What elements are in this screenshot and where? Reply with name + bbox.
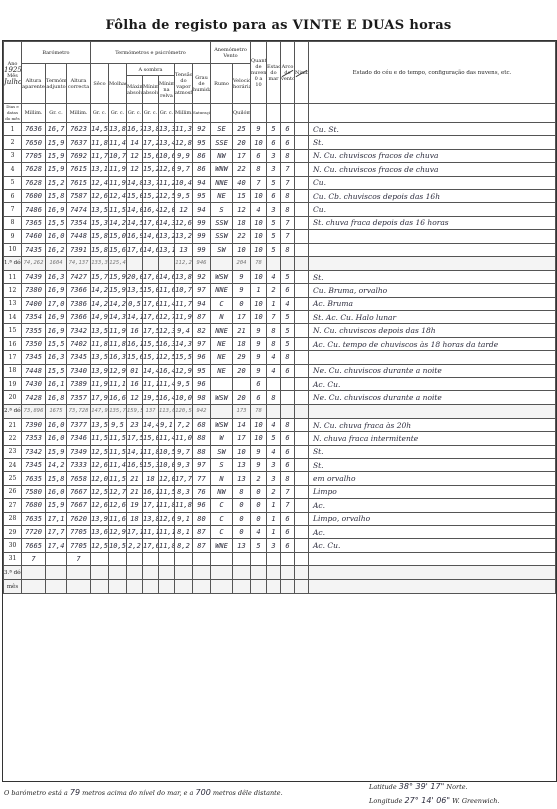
tens-cell: 10,4 [175, 176, 193, 189]
min-cell: 15,5 [143, 337, 159, 350]
mar-cell: 4 [267, 351, 281, 364]
alt-cell: 7628 [22, 163, 46, 176]
corr-cell: 7587 [67, 189, 91, 202]
table-row: 14735416,9736614,914,314,117,612,711,987… [4, 311, 556, 324]
ta-cell: 15,9 [46, 163, 67, 176]
min-cell: 13,8 [143, 512, 159, 525]
mol-cell: 12,9 [109, 525, 127, 538]
vel-cell: 8 [233, 485, 251, 498]
corr-cell [67, 566, 91, 580]
ta-cell: 15,9 [46, 136, 67, 149]
alt-cell: 7345 [22, 458, 46, 471]
relva-cell: 13,3 [159, 123, 175, 136]
corr-cell: 7391 [67, 243, 91, 256]
hum-cell: 95 [193, 189, 211, 202]
extra-cell [295, 552, 309, 565]
max-cell [127, 580, 143, 594]
rumo-cell: C [211, 499, 233, 512]
mar-cell [267, 378, 281, 391]
neb-cell: 4 [251, 203, 267, 216]
table-row: 17734516,3734513,516,315,615,112,515,596… [4, 351, 556, 364]
mar-cell: 2 [267, 485, 281, 498]
extra-cell [295, 136, 309, 149]
tens-cell: 120,5 [175, 404, 193, 418]
barometer-header: Barómetro [22, 42, 91, 64]
neb-cell: 9 [251, 123, 267, 136]
mar-cell: 8 [267, 324, 281, 337]
register-table: Ano 1925 Mês Julho Barómetro Termómetros… [3, 41, 556, 594]
relva-cell: 12,7 [159, 311, 175, 324]
day-cell: 4 [4, 163, 22, 176]
sky-state-cell: St. [309, 270, 556, 283]
ta-cell: 16,3 [46, 270, 67, 283]
extra-cell [295, 539, 309, 552]
max-cell: 14,8 [127, 176, 143, 189]
tens-cell: 12 [175, 203, 193, 216]
day-cell: 30 [4, 539, 22, 552]
extra-cell [295, 297, 309, 310]
sky-state-cell: St. [309, 445, 556, 458]
sky-state-cell: em orvalho [309, 472, 556, 485]
extra-cell [295, 418, 309, 431]
ta-cell: 16,2 [46, 243, 67, 256]
relva-cell: 11,2 [159, 176, 175, 189]
tens-cell: 14,3 [175, 337, 193, 350]
x1-cell: 6 [281, 432, 295, 445]
corr-cell: 7623 [67, 123, 91, 136]
neb-cell [251, 566, 267, 580]
max-cell [127, 552, 143, 565]
x1-cell [281, 552, 295, 565]
dry-header: Sêco [91, 64, 109, 104]
table-row: 21739016,0737713,59,52314,49,17,268WSW14… [4, 418, 556, 431]
rumo-cell: SSW [211, 230, 233, 243]
mol-cell: 11,5 [109, 472, 127, 485]
min-cell: 15,2 [143, 189, 159, 202]
min-cell: 14,4 [143, 364, 159, 377]
tens-cell: 13 [175, 243, 193, 256]
table-row: 25763515,8765812,011,5211812,017,777N132… [4, 472, 556, 485]
rumo-cell: SW [211, 445, 233, 458]
neb-cell: 10 [251, 297, 267, 310]
seco-cell: 11,8 [91, 337, 109, 350]
tens-cell: 8,3 [175, 485, 193, 498]
neb-cell: 10 [251, 418, 267, 431]
seco-cell: 12,5 [91, 445, 109, 458]
rumo-cell: N [211, 472, 233, 485]
min-cell: 11,8 [143, 445, 159, 458]
day-cell: 8 [4, 216, 22, 229]
table-row: 18744815,5734013,912,90114,416,412,995NE… [4, 364, 556, 377]
vel-cell: 17 [233, 311, 251, 324]
x1-cell: 8 [281, 189, 295, 202]
extra-cell [295, 163, 309, 176]
table-row: 15735516,9734213,511,91617,512,39,482NNE… [4, 324, 556, 337]
seco-cell [91, 580, 109, 594]
barometer-location-note: O barómetro está a 79 metros acima do ní… [4, 788, 283, 797]
min-cell: 18 [143, 472, 159, 485]
rumo-cell [211, 404, 233, 418]
tens-cell: 8,1 [175, 525, 193, 538]
min-cell: 15,0 [143, 284, 159, 297]
sky-state-cell: N. Cu. chuviscos fracos de chuva [309, 149, 556, 162]
seco-cell: 11,7 [91, 149, 109, 162]
sky-state-cell [309, 566, 556, 580]
tens-cell: 15,5 [175, 351, 193, 364]
day-cell: 2 [4, 136, 22, 149]
mol-cell: 11,5 [109, 445, 127, 458]
day-cell: 27 [4, 499, 22, 512]
hum-cell: 942 [193, 404, 211, 418]
min-cell: 17,1 [143, 499, 159, 512]
vel-cell: 13 [233, 458, 251, 471]
x1-cell [281, 391, 295, 404]
mar-cell: 3 [267, 458, 281, 471]
neb-cell: 9 [251, 351, 267, 364]
corr-cell: 74,137 [67, 256, 91, 270]
mar-cell: 2 [267, 284, 281, 297]
max-cell: 23 [127, 418, 143, 431]
corr-cell: 7620 [67, 512, 91, 525]
ta-cell: 15,9 [46, 149, 67, 162]
vel-cell: 22 [233, 230, 251, 243]
vel-cell: 9 [233, 270, 251, 283]
relva-cell: 12,6 [159, 512, 175, 525]
extra-cell [295, 203, 309, 216]
mol-cell: 15,0 [109, 230, 127, 243]
seco-cell: 13,6 [91, 525, 109, 538]
relva-cell: 14,6 [159, 270, 175, 283]
rumo-cell: NW [211, 485, 233, 498]
alt-cell: 7460 [22, 230, 46, 243]
decade-summary-row: 1.ª década74,262160474,137133,3125,4112,… [4, 256, 556, 270]
min-cell: 15,1 [143, 351, 159, 364]
min-cell [143, 256, 159, 270]
hum-cell [193, 566, 211, 580]
corr-cell: 7705 [67, 539, 91, 552]
rumo-cell: C [211, 512, 233, 525]
extra-cell [295, 566, 309, 580]
tens-cell: 9,5 [175, 378, 193, 391]
extra-cell [295, 284, 309, 297]
vel-cell: 0 [233, 512, 251, 525]
vel-cell: 10 [233, 445, 251, 458]
sky-state-cell [309, 256, 556, 270]
hum-cell: 76 [193, 485, 211, 498]
alt-cell: 7600 [22, 189, 46, 202]
latitude: Latitude 38° 39' 17" Norte. [369, 782, 468, 791]
corr-cell: 7386 [67, 297, 91, 310]
max-cell [127, 566, 143, 580]
seco-cell: 15,7 [91, 270, 109, 283]
alt-cell: 7 [22, 552, 46, 565]
sky-state-cell: Ne. Cu. chuviscos durante a noite [309, 364, 556, 377]
mol-cell: 11,9 [109, 163, 127, 176]
x1-cell: 6 [281, 458, 295, 471]
sky-state-cell: N. Cu. chuva fraca às 20h [309, 418, 556, 431]
hum-cell: 68 [193, 418, 211, 431]
tens-cell: 13,2 [175, 230, 193, 243]
day-cell: 14 [4, 311, 22, 324]
day-cell: 25 [4, 472, 22, 485]
tens-cell: 12,9 [175, 364, 193, 377]
table-row: 29772017,7770513,612,917,111,111,18,187C… [4, 525, 556, 538]
vel-cell: 12 [233, 203, 251, 216]
table-row: 16735015,5740211,811,816,115,516,314,397… [4, 337, 556, 350]
alt-cell: 7650 [22, 136, 46, 149]
x1-cell: 6 [281, 364, 295, 377]
neb-cell: 4 [251, 525, 267, 538]
relva-cell: 12,3 [159, 324, 175, 337]
relva-cell: 14,3 [159, 216, 175, 229]
extra-cell [295, 525, 309, 538]
mol-cell: 14,2 [109, 216, 127, 229]
ta-cell: 17,1 [46, 512, 67, 525]
day-cell: 31 [4, 552, 22, 565]
ta-cell: 16,9 [46, 311, 67, 324]
tens-cell: 9,9 [175, 149, 193, 162]
ta-cell: 16,0 [46, 418, 67, 431]
alt-cell [22, 580, 46, 594]
relva-cell: 12,0 [159, 203, 175, 216]
min-cell: 17,2 [143, 136, 159, 149]
vel-cell: 20 [233, 364, 251, 377]
corr-cell: 7448 [67, 230, 91, 243]
vel-cell [233, 378, 251, 391]
sky-state-cell [309, 351, 556, 364]
rumo-cell: SW [211, 243, 233, 256]
seco-cell: 13,9 [91, 364, 109, 377]
seco-cell: 147,9 [91, 404, 109, 418]
corr-cell: 7615 [67, 176, 91, 189]
hum-cell: 946 [193, 256, 211, 270]
extra-cell [295, 176, 309, 189]
alt-cell: 7428 [22, 391, 46, 404]
mol-cell: 15,9 [109, 270, 127, 283]
vel-cell: 14 [233, 418, 251, 431]
ta-cell: 15,5 [46, 364, 67, 377]
vel-cell: 9 [233, 284, 251, 297]
vel-cell: 40 [233, 176, 251, 189]
mol-cell: 12,6 [109, 499, 127, 512]
extra-cell [295, 123, 309, 136]
ta-cell: 16,0 [46, 230, 67, 243]
ta-cell: 17,4 [46, 539, 67, 552]
humidity-header: Grau de humidade [193, 64, 211, 104]
neb-cell: 78 [251, 256, 267, 270]
tens-cell: 10,7 [175, 284, 193, 297]
sky-state-cell [309, 552, 556, 565]
rumo-cell: WNW [211, 163, 233, 176]
relva-cell: 16,4 [159, 391, 175, 404]
mol-cell: 14,2 [109, 297, 127, 310]
relva-cell: 16,3 [159, 337, 175, 350]
tens-cell: 13,8 [175, 270, 193, 283]
day-cell: 22 [4, 432, 22, 445]
table-row: 22735316,0734611,511,517,515,011,411,088… [4, 432, 556, 445]
ta-cell: 14,2 [46, 458, 67, 471]
neb-cell: 7 [251, 176, 267, 189]
mol-cell: 16,3 [109, 351, 127, 364]
extra-cell [295, 391, 309, 404]
relva-cell: 10,5 [159, 445, 175, 458]
mar-cell: 5 [267, 432, 281, 445]
rumo-cell: WSW [211, 391, 233, 404]
ta-cell: 16,3 [46, 351, 67, 364]
relva-cell: 11,4 [159, 378, 175, 391]
max-cell: 14,5 [127, 216, 143, 229]
corr-cell: 7474 [67, 203, 91, 216]
seco-cell: 14,2 [91, 284, 109, 297]
min-cell: 11,1 [143, 378, 159, 391]
max-cell: 13,5 [127, 284, 143, 297]
max-cell: 14,1 [127, 311, 143, 324]
relva-cell: 11,1 [159, 525, 175, 538]
mol-cell: 125,4 [109, 256, 127, 270]
mar-cell: 5 [267, 216, 281, 229]
max-cell: 16,9 [127, 458, 143, 471]
day-cell: 11 [4, 270, 22, 283]
relva-cell [159, 580, 175, 594]
tens-cell [175, 580, 193, 594]
day-cell: 17 [4, 351, 22, 364]
table-row: 11743916,3742715,715,920,017,014,613,892… [4, 270, 556, 283]
extra-cell [295, 499, 309, 512]
sky-state-cell: St. chuva fraca depois das 16 horas [309, 216, 556, 229]
hum-cell: 80 [193, 512, 211, 525]
day-cell: 1 [4, 123, 22, 136]
day-cell: 2.ª década [4, 404, 22, 418]
day-cell: mês [4, 580, 22, 594]
table-row: 4762815,9761513,111,91215,212,09,786WNW2… [4, 163, 556, 176]
hum-cell: 97 [193, 337, 211, 350]
vapor-tension-header: Tensão do vapor atmosférico [175, 64, 193, 104]
x1-cell: 7 [281, 216, 295, 229]
seco-cell: 11,9 [91, 378, 109, 391]
hum-cell: 88 [193, 445, 211, 458]
mol-cell: 10,7 [109, 149, 127, 162]
day-cell: 18 [4, 364, 22, 377]
extra-cell [295, 432, 309, 445]
corr-cell: 7427 [67, 270, 91, 283]
tens-cell: 9,3 [175, 458, 193, 471]
min-cell: 17,0 [143, 297, 159, 310]
rumo-cell: C [211, 525, 233, 538]
min-cell: 16,1 [143, 485, 159, 498]
mol-cell: 14,3 [109, 311, 127, 324]
alt-cell: 7720 [22, 525, 46, 538]
mol-cell: 15,6 [109, 243, 127, 256]
max-cell: 01 [127, 364, 143, 377]
sky-state-cell: Ac. [309, 525, 556, 538]
rumo-cell [211, 580, 233, 594]
seco-cell: 15,3 [91, 216, 109, 229]
max-cell: 0,5 [127, 297, 143, 310]
vel-cell: 13 [233, 472, 251, 485]
day-cell: 28 [4, 512, 22, 525]
tens-cell: 11,9 [175, 311, 193, 324]
day-cell: 7 [4, 203, 22, 216]
alt-cell: 7580 [22, 485, 46, 498]
corr-cell: 7354 [67, 216, 91, 229]
alt-cell: 7705 [22, 149, 46, 162]
max-cell: 17,6 [127, 243, 143, 256]
relva-cell: 13,1 [159, 243, 175, 256]
corrected-height-header: Altura correcta [67, 64, 91, 104]
table-row: 3177 [4, 552, 556, 565]
alt-cell: 7486 [22, 203, 46, 216]
mol-cell: 11,5 [109, 432, 127, 445]
min-cell: 14,6 [143, 243, 159, 256]
register-sheet: Ano 1925 Mês Julho Barómetro Termómetros… [2, 40, 557, 782]
rumo-cell: NE [211, 364, 233, 377]
neb-cell: 2 [251, 472, 267, 485]
extra-cell [295, 311, 309, 324]
extra-cell [295, 216, 309, 229]
alt-cell: 7354 [22, 311, 46, 324]
hum-cell: 95 [193, 136, 211, 149]
mar-cell: 5 [267, 176, 281, 189]
page-title: Fôlha de registo para as VINTE E DUAS ho… [0, 18, 557, 33]
neb-cell: 10 [251, 311, 267, 324]
min-cell: 11,1 [143, 525, 159, 538]
mol-cell [109, 580, 127, 594]
hum-cell [193, 580, 211, 594]
alt-cell: 7680 [22, 499, 46, 512]
mar-cell [267, 256, 281, 270]
neb-cell: 10 [251, 243, 267, 256]
mar-cell: 1 [267, 525, 281, 538]
sky-state-cell [309, 243, 556, 256]
extra-cell [295, 189, 309, 202]
seco-cell: 12,5 [91, 485, 109, 498]
table-row: 1763616,7762314,513,816,713,813,311,392S… [4, 123, 556, 136]
mol-cell: 13,8 [109, 123, 127, 136]
min-cell: 15,0 [143, 432, 159, 445]
alt-cell: 7430 [22, 378, 46, 391]
hum-cell: 99 [193, 243, 211, 256]
mol-cell: 12,9 [109, 364, 127, 377]
table-row: 23734215,9734912,511,514,111,810,59,788S… [4, 445, 556, 458]
corr-cell: 73,728 [67, 404, 91, 418]
ta-cell: 15,2 [46, 176, 67, 189]
sky-state-cell: Ac. Cu. [309, 539, 556, 552]
corr-cell: 7377 [67, 418, 91, 431]
max-cell: 14,1 [127, 445, 143, 458]
alt-cell: 7390 [22, 418, 46, 431]
mar-cell: 8 [267, 391, 281, 404]
vel-cell: 13 [233, 539, 251, 552]
x1-cell: 8 [281, 472, 295, 485]
mar-cell: 4 [267, 364, 281, 377]
neb-cell: 5 [251, 539, 267, 552]
sky-state-cell: Cu. St. [309, 123, 556, 136]
sky-state-cell [309, 404, 556, 418]
ta-cell: 15,9 [46, 499, 67, 512]
table-row: 13740017,0738614,214,20,517,011,411,794C… [4, 297, 556, 310]
max-cell: 17,5 [127, 432, 143, 445]
rumo-cell: NNE [211, 324, 233, 337]
relva-cell [159, 566, 175, 580]
corr-cell: 7345 [67, 351, 91, 364]
neb-cell: 9 [251, 337, 267, 350]
max-cell: 14 [127, 136, 143, 149]
rumo-cell: NE [211, 351, 233, 364]
x1-cell: 8 [281, 149, 295, 162]
min-cell: 14,6 [143, 230, 159, 243]
extra-cell [295, 351, 309, 364]
mar-cell: 3 [267, 539, 281, 552]
